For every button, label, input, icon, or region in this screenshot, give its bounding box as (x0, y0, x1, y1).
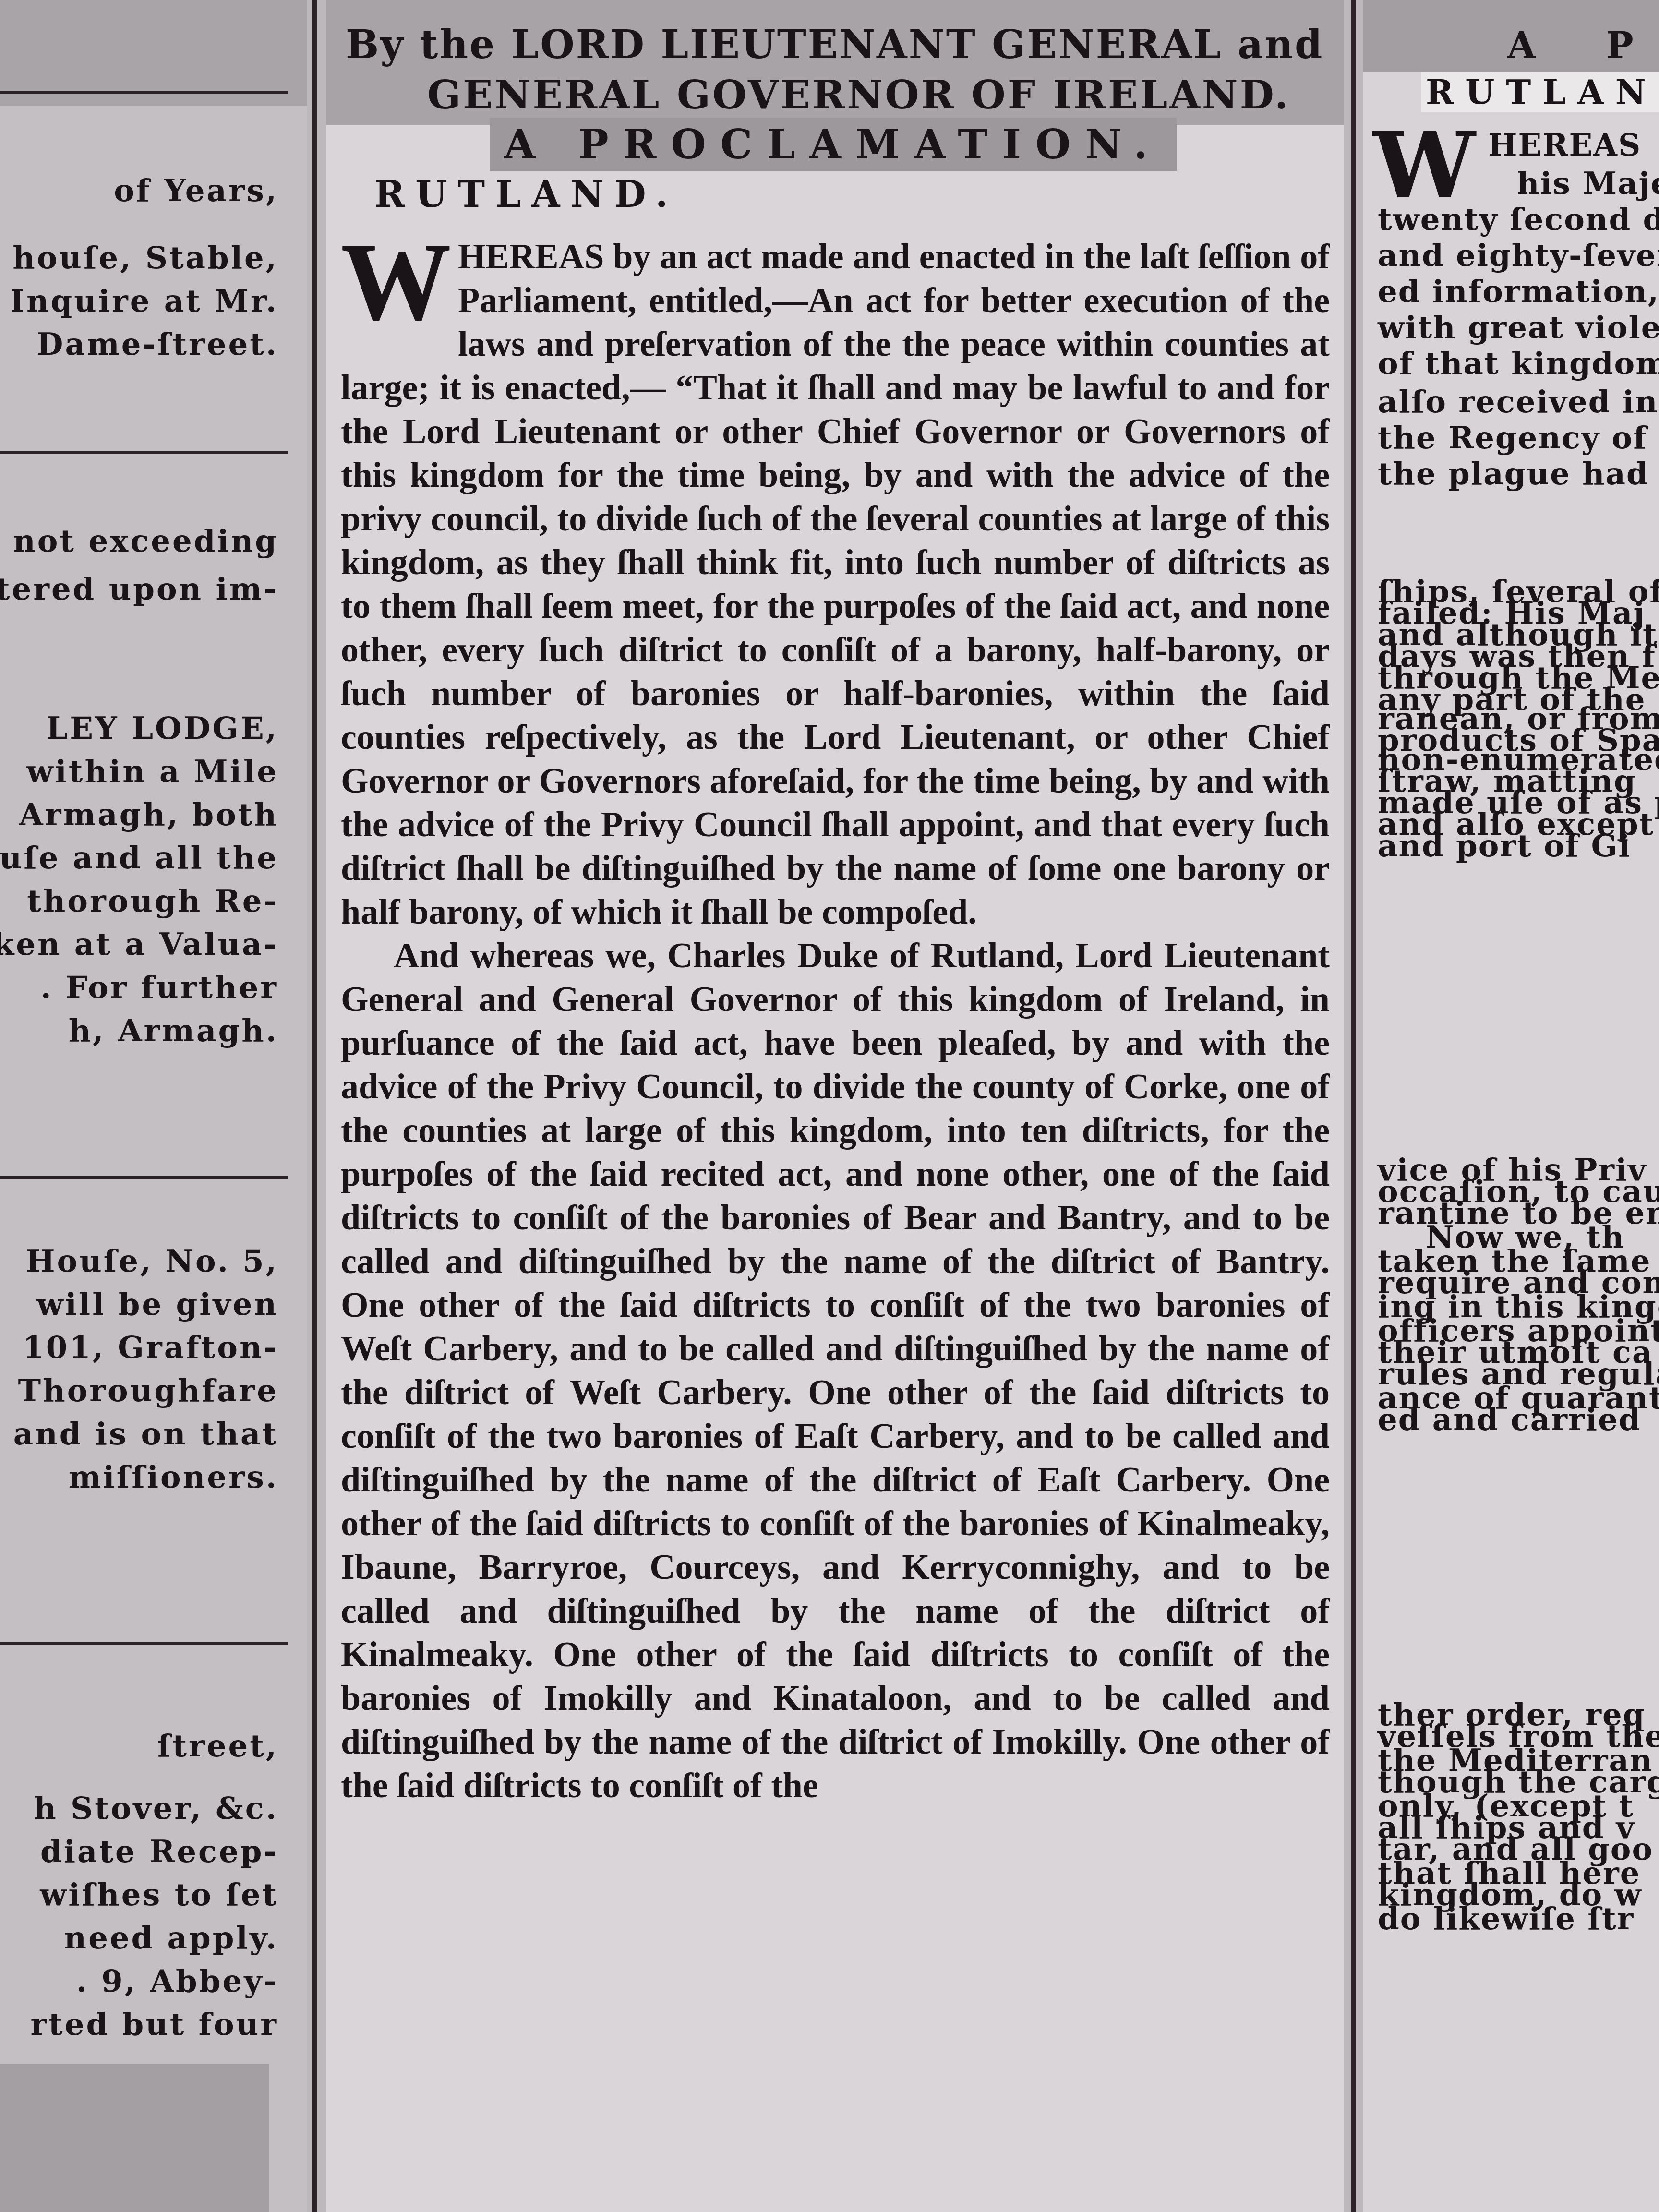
proclamation-title: A PROCLAMATION. (490, 118, 1177, 171)
section-rule (0, 451, 288, 454)
left-column-line: wiſhes to ſet (40, 1877, 278, 1913)
right-column-line: HEREAS (1488, 127, 1641, 163)
left-column-line: Armagh, both (19, 797, 278, 833)
section-rule (0, 91, 288, 94)
left-column-line: ken at a Valua- (0, 926, 278, 962)
paragraph-1-text: HEREAS by an act made and enacted in the… (341, 237, 1330, 932)
left-column-line: need apply. (64, 1920, 278, 1956)
right-column-line: alſo received inf (1378, 384, 1659, 420)
right-column-line: his Majeſ (1517, 166, 1659, 202)
signatory-name: RUTLAND. (374, 173, 679, 216)
paragraph-2: And whereas we, Charles Duke of Rutland,… (341, 934, 1330, 1808)
left-column-line: ſtreet, (157, 1728, 278, 1764)
left-column-line: . 9, Abbey- (76, 1963, 278, 1999)
section-rule (0, 1642, 288, 1645)
paragraph-1: WHEREAS by an act made and enacted in th… (341, 235, 1330, 934)
left-column-line: Thoroughfare (18, 1373, 279, 1409)
right-column-line: the Regency of (1378, 420, 1647, 456)
left-column-line: 101, Grafton- (23, 1330, 278, 1366)
left-column-line: of Years, (114, 173, 278, 209)
left-column-line: and is on that (13, 1416, 278, 1452)
right-column-signatory: RUTLAN (1421, 72, 1659, 112)
left-column-top-shadow (0, 0, 307, 106)
left-column-line: , not exceeding (0, 523, 278, 559)
left-column-line: h, Armagh. (69, 1013, 278, 1049)
main-column-proclamation: By the LORD LIEUTENANT GENERAL and GENER… (326, 0, 1344, 2212)
left-column-line: thorough Re- (27, 883, 278, 919)
left-column-line: rted but four (30, 2007, 278, 2043)
right-column-line: ed and carried (1378, 1402, 1641, 1438)
right-column-proclamation: A PR RUTLAN W HEREAShis Majeſtwenty ſeco… (1363, 0, 1659, 2212)
left-column-line: Houſe, No. 5, (26, 1243, 278, 1279)
left-column-line: Dame-ſtreet. (36, 326, 278, 362)
right-column-line: of that kingdom (1378, 346, 1659, 382)
left-column-line: h Stover, &c. (34, 1791, 278, 1827)
masthead-line-1: By the LORD LIEUTENANT GENERAL and (346, 22, 1323, 68)
right-column-line: the plague had (1378, 456, 1649, 492)
left-column-line: miſſioners. (69, 1459, 278, 1495)
right-column-line: twenty ſecond d (1378, 202, 1659, 238)
left-column-bottom-shadow (0, 2064, 269, 2212)
right-column-line: do likewiſe ſtr (1378, 1901, 1634, 1937)
masthead-line-2: GENERAL GOVERNOR OF IRELAND. (427, 72, 1290, 118)
left-column-line: within a Mile (26, 754, 278, 790)
left-column-line: Inquire at Mr. (10, 283, 278, 319)
right-column-line: with great violen (1378, 310, 1659, 346)
left-column-line: will be given (36, 1286, 278, 1322)
right-column-header: A PR (1507, 24, 1659, 67)
newspaper-page: of Years,ch houſe, Stable,Inquire at Mr.… (0, 0, 1659, 2212)
masthead: By the LORD LIEUTENANT GENERAL and GENER… (326, 0, 1344, 125)
column-divider-left (312, 0, 317, 2212)
section-rule (0, 1176, 288, 1179)
left-column-line: diate Recep- (40, 1834, 278, 1870)
left-column-line: . For further (41, 970, 279, 1006)
right-column-line: and port of Gi (1378, 828, 1631, 864)
proclamation-body: WHEREAS by an act made and enacted in th… (341, 235, 1330, 1808)
left-column-line: ch houſe, Stable, (0, 240, 278, 276)
column-divider-right (1351, 0, 1356, 2212)
drop-cap: W (341, 239, 451, 325)
right-drop-cap: W (1373, 120, 1475, 211)
right-column-line: and eighty-ſeven (1378, 238, 1659, 274)
left-column-advertisements: of Years,ch houſe, Stable,Inquire at Mr.… (0, 0, 307, 2212)
left-column-line: LEY LODGE, (46, 710, 278, 746)
left-column-line: tered upon im- (0, 571, 278, 607)
right-column-line: ed information, (1378, 274, 1659, 310)
left-column-line: uſe and all the (0, 840, 278, 876)
